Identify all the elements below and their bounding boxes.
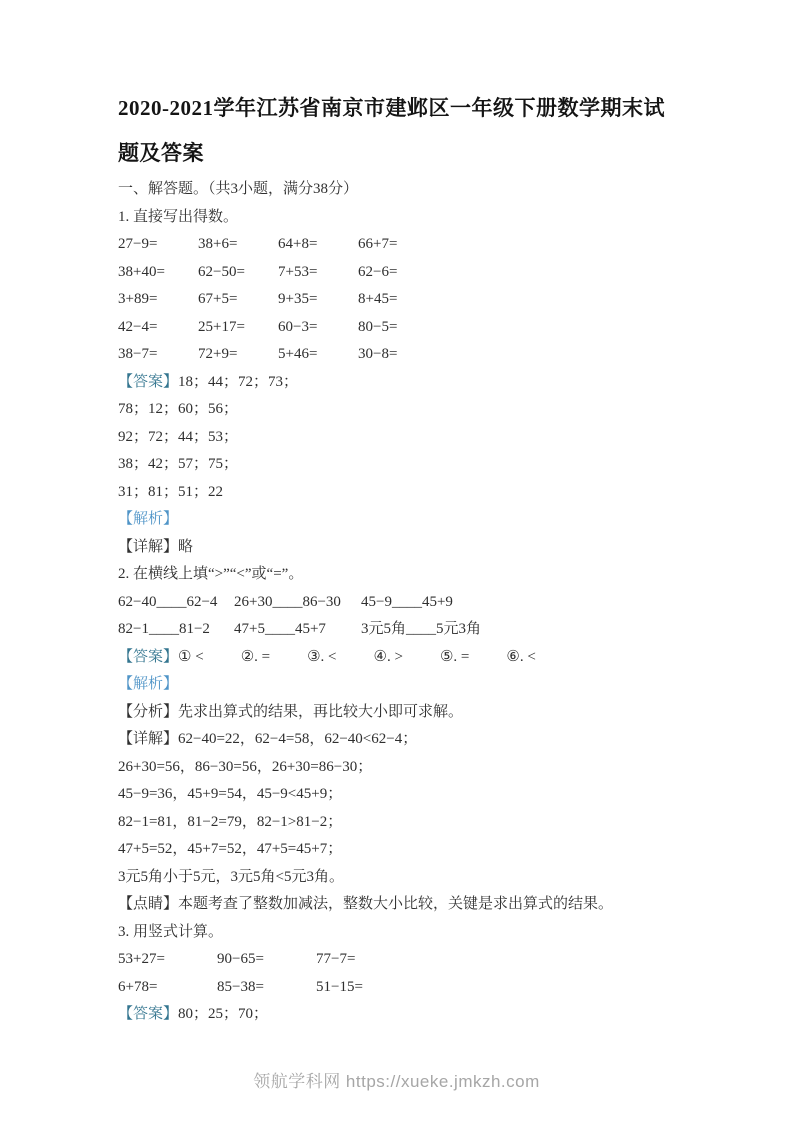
document-title: 2020-2021学年江苏省南京市建邺区一年级下册数学期末试题及答案 xyxy=(118,86,693,176)
q3-answer-line: 【答案】80；25；70； xyxy=(118,1001,693,1029)
math-expression: 67+5= xyxy=(198,286,278,314)
answer-label: 【答案】 xyxy=(118,374,178,390)
math-expression: 64+8= xyxy=(278,231,358,259)
q2-detail: 47+5=52，45+7=52，47+5=45+7； xyxy=(118,836,693,864)
q2-detail: 【详解】62−40=22，62−4=58，62−40<62−4； xyxy=(118,726,693,754)
answer-item: ③. < xyxy=(307,644,336,672)
math-expression: 38+40= xyxy=(118,259,198,287)
q1-row: 42−4=25+17=60−3=80−5= xyxy=(118,314,693,342)
math-expression: 53+27= xyxy=(118,946,217,974)
q2-detail: 45−9=36，45+9=54，45−9<45+9； xyxy=(118,781,693,809)
answer-item: ②. = xyxy=(241,644,270,672)
math-comparison: 62−40____62−4 xyxy=(118,589,234,617)
q2-label: 2. 在横线上填“>”“<”或“=”。 xyxy=(118,561,693,589)
math-comparison: 47+5____45+7 xyxy=(234,616,361,644)
math-expression: 7+53= xyxy=(278,259,358,287)
q1-answer-line: 【答案】18；44；72；73； xyxy=(118,369,693,397)
q2-analysis: 【分析】先求出算式的结果，再比较大小即可求解。 xyxy=(118,699,693,727)
q1-row: 3+89=67+5=9+35=8+45= xyxy=(118,286,693,314)
math-expression: 62−50= xyxy=(198,259,278,287)
math-expression: 80−5= xyxy=(358,314,438,342)
q2-detail: 3元5角小于5元，3元5角<5元3角。 xyxy=(118,864,693,892)
q2-note: 【点睛】本题考查了整数加减法，整数大小比较，关键是求出算式的结果。 xyxy=(118,891,693,919)
math-expression: 8+45= xyxy=(358,286,438,314)
q1-row: 38−7=72+9=5+46=30−8= xyxy=(118,341,693,369)
document-page: 2020-2021学年江苏省南京市建邺区一年级下册数学期末试题及答案 一、解答题… xyxy=(0,0,793,1122)
analysis-label: 【解析】 xyxy=(118,511,178,527)
q2-row: 82−1____81−247+5____45+73元5角____5元3角 xyxy=(118,616,693,644)
math-expression: 5+46= xyxy=(278,341,358,369)
math-expression: 38+6= xyxy=(198,231,278,259)
math-expression: 62−6= xyxy=(358,259,438,287)
q3-row: 6+78=85−38=51−15= xyxy=(118,974,693,1002)
math-expression: 42−4= xyxy=(118,314,198,342)
q1-label: 1. 直接写出得数。 xyxy=(118,204,693,232)
math-expression: 51−15= xyxy=(316,974,415,1002)
q2-answer-line: 【答案】① <②. =③. <④. >⑤. =⑥. < xyxy=(118,644,693,672)
math-expression: 6+78= xyxy=(118,974,217,1002)
math-expression: 77−7= xyxy=(316,946,415,974)
answer-values: 18；44；72；73； xyxy=(178,374,298,390)
answer-item: ④. > xyxy=(374,644,403,672)
math-expression: 3+89= xyxy=(118,286,198,314)
math-comparison: 45−9____45+9 xyxy=(361,589,453,617)
q2-detail: 26+30=56，86−30=56，26+30=86−30； xyxy=(118,754,693,782)
math-expression: 25+17= xyxy=(198,314,278,342)
math-expression: 60−3= xyxy=(278,314,358,342)
math-expression: 9+35= xyxy=(278,286,358,314)
answer-item: ① < xyxy=(178,644,204,672)
answer-label: 【答案】 xyxy=(118,1006,178,1022)
q3-row: 53+27=90−65=77−7= xyxy=(118,946,693,974)
q2-row: 62−40____62−426+30____86−3045−9____45+9 xyxy=(118,589,693,617)
math-expression: 38−7= xyxy=(118,341,198,369)
watermark-footer: 领航学科网 https://xueke.jmkzh.com xyxy=(0,1067,793,1092)
q1-answer-line: 92；72；44；53； xyxy=(118,424,693,452)
title-line-1: 2020-2021学年江苏省南京市建邺区一年级下册数学期末试 xyxy=(118,96,665,120)
q1-answer-line: 38；42；57；75； xyxy=(118,451,693,479)
q2-analysis-label: 【解析】 xyxy=(118,671,693,699)
answer-item: ⑤. = xyxy=(440,644,469,672)
q1-row: 38+40=62−50=7+53=62−6= xyxy=(118,259,693,287)
math-expression: 85−38= xyxy=(217,974,316,1002)
math-expression: 90−65= xyxy=(217,946,316,974)
answer-label: 【答案】 xyxy=(118,649,178,665)
answer-item: ⑥. < xyxy=(506,644,535,672)
section-heading: 一、解答题。（共3小题，满分38分） xyxy=(118,176,693,204)
q1-analysis-label: 【解析】 xyxy=(118,506,693,534)
math-expression: 27−9= xyxy=(118,231,198,259)
math-expression: 72+9= xyxy=(198,341,278,369)
analysis-label: 【解析】 xyxy=(118,676,178,692)
math-comparison: 3元5角____5元3角 xyxy=(361,616,481,644)
title-line-2: 题及答案 xyxy=(118,141,204,165)
math-comparison: 82−1____81−2 xyxy=(118,616,234,644)
q2-detail: 82−1=81，81−2=79，82−1>81−2； xyxy=(118,809,693,837)
q1-answer-line: 31；81；51；22 xyxy=(118,479,693,507)
document-content: 2020-2021学年江苏省南京市建邺区一年级下册数学期末试题及答案 一、解答题… xyxy=(0,0,793,1029)
math-expression: 30−8= xyxy=(358,341,438,369)
q3-label: 3. 用竖式计算。 xyxy=(118,919,693,947)
math-expression: 66+7= xyxy=(358,231,438,259)
q1-row: 27−9=38+6=64+8=66+7= xyxy=(118,231,693,259)
q1-answer-line: 78；12；60；56； xyxy=(118,396,693,424)
q1-detail: 【详解】略 xyxy=(118,534,693,562)
answer-values: 80；25；70； xyxy=(178,1006,268,1022)
math-comparison: 26+30____86−30 xyxy=(234,589,361,617)
